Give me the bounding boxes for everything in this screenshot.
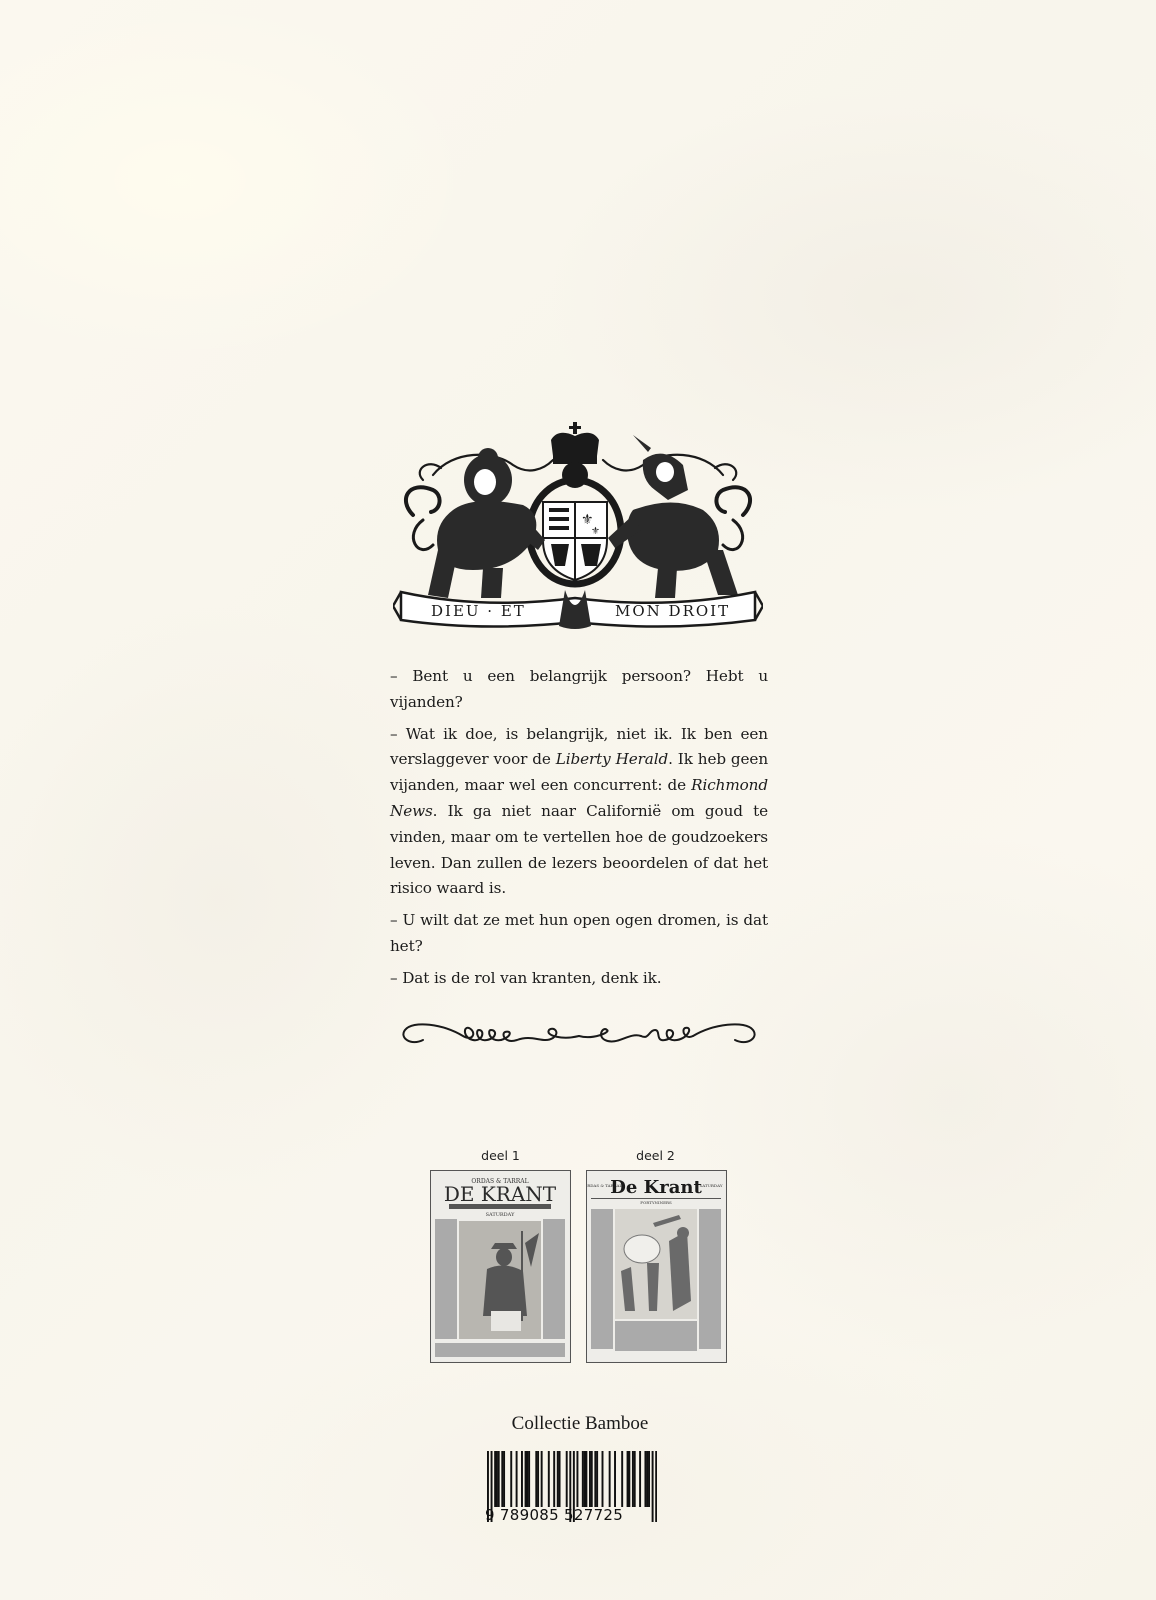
newspaper-cover-image: ORDAS & TARRAL DE KRANT SATURDAY (431, 1171, 569, 1361)
cover-deel-1[interactable]: ORDAS & TARRAL DE KRANT SATURDAY (430, 1170, 571, 1363)
svg-text:SATURDAY: SATURDAY (699, 1183, 722, 1188)
svg-text:SATURDAY: SATURDAY (486, 1212, 515, 1218)
newspaper-title: Liberty Herald (556, 750, 668, 768)
flourish-divider-icon (393, 1018, 765, 1054)
dialogue-paragraph: – Bent u een belangrijk persoon? Hebt u … (390, 664, 768, 716)
cover-deel-2[interactable]: ORDAS & TARRAL De Krant SATURDAY FORTYNI… (586, 1170, 727, 1363)
dialogue-paragraph: – Dat is de rol van kranten, denk ik. (390, 966, 768, 992)
motto-right: MON DROIT (615, 602, 730, 620)
newspaper-cover-image: ORDAS & TARRAL De Krant SATURDAY FORTYNI… (587, 1171, 725, 1361)
dialogue-text: – Bent u een belangrijk persoon? Hebt u … (390, 664, 768, 998)
royal-coat-of-arms-icon: ⚜ ⚜ DIEU · ET MON DROIT (393, 420, 763, 632)
dialogue-paragraph: – Wat ik doe, is belangrijk, niet ik. Ik… (390, 722, 768, 903)
cover-label-deel-2: deel 2 (583, 1148, 728, 1163)
svg-text:DE KRANT: DE KRANT (444, 1182, 557, 1206)
isbn-number: 9 789085 527725 (485, 1506, 665, 1524)
cover-label-deel-1: deel 1 (428, 1148, 573, 1163)
svg-text:De Krant: De Krant (610, 1177, 702, 1198)
collection-name: Collectie Bamboe (480, 1413, 680, 1435)
svg-text:⚜: ⚜ (591, 526, 600, 537)
svg-text:FORTYNINERS: FORTYNINERS (640, 1200, 672, 1205)
dialogue-paragraph: – U wilt dat ze met hun open ogen dromen… (390, 908, 768, 960)
motto-left: DIEU · ET (431, 602, 526, 620)
